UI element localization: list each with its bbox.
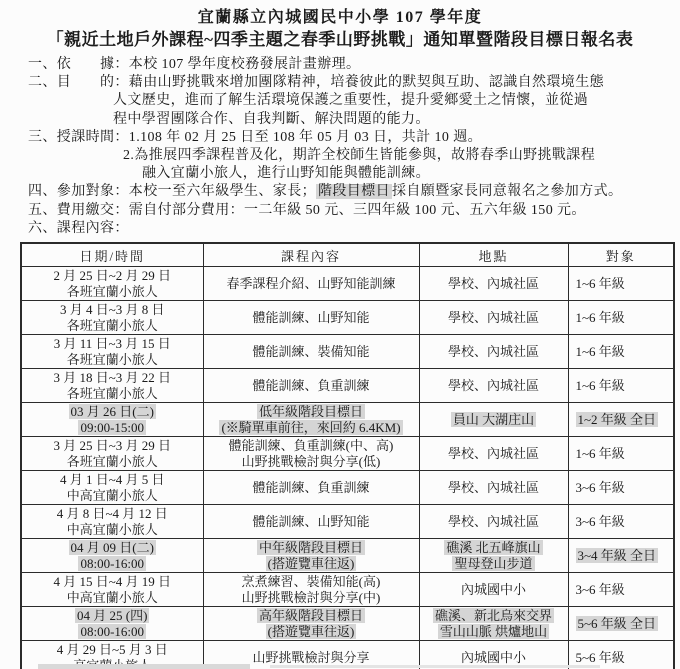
col-header-date: 日期/時間 bbox=[21, 243, 203, 267]
document-subtitle: 「親近土地戶外課程~四季主題之春季山野挑戰」通知單暨階段目標日報名表 bbox=[0, 29, 680, 50]
item-schedule-line2: 2.為推展四季課程普及化，期許全校師生皆能參與，故將春季山野挑戰課程 bbox=[28, 147, 672, 165]
date-cell: 4 月 8 日~4 月 12 日中高宜蘭小旅人 bbox=[21, 505, 203, 539]
table-row: 3 月 18 日~3 月 22 日各班宜蘭小旅人 體能訓練、負重訓練 學校、內城… bbox=[21, 369, 674, 403]
col-header-location: 地點 bbox=[419, 243, 568, 267]
table-row: 3 月 25 日~3 月 29 日各班宜蘭小旅人 體能訓練、負重訓練(中、高)山… bbox=[21, 437, 674, 471]
location-cell: 學校、內城社區 bbox=[419, 471, 568, 505]
date-cell: 04 月 09 日(二)08:00-16:00 bbox=[21, 539, 203, 573]
content-cell: 中年級階段目標日(搭遊覽車往返) bbox=[203, 539, 419, 573]
col-header-content: 課程內容 bbox=[203, 243, 419, 267]
location-cell: 員山 大湖庄山 bbox=[419, 403, 568, 437]
location-cell: 學校、內城社區 bbox=[419, 267, 568, 301]
item-fees: 五、費用繳交：需自付部分費用：一二年級 50 元、三四年級 100 元、五六年級… bbox=[28, 202, 672, 220]
content-cell: 高年級階段目標日(搭遊覽車往返) bbox=[203, 607, 419, 641]
item-schedule-line3: 融入宜蘭小旅人，進行山野知能與體能訓練。 bbox=[28, 165, 672, 183]
audience-cell: 3~6 年級 bbox=[568, 505, 674, 539]
item-schedule-line1: 三、授課時間：1.108 年 02 月 25 日至 108 年 05 月 03 … bbox=[28, 129, 672, 147]
col-header-audience: 對象 bbox=[568, 243, 674, 267]
location-cell: 學校、內城社區 bbox=[419, 505, 568, 539]
date-cell: 3 月 11 日~3 月 15 日各班宜蘭小旅人 bbox=[21, 335, 203, 369]
item-basis: 一、依 據：本校 107 學年度校務發展計畫辦理。 bbox=[28, 56, 672, 74]
audience-cell: 1~2 年級 全日 bbox=[568, 403, 674, 437]
item-purpose-line2: 人文歷史，進而了解生活環境保護之重要性，提升愛鄉愛土之情懷，並從過 bbox=[28, 92, 672, 110]
location-cell: 礁溪、新北烏來交界雪山山脈 烘爐地山 bbox=[419, 607, 568, 641]
content-cell: 體能訓練、負重訓練 bbox=[203, 369, 419, 403]
audience-cell: 1~6 年級 bbox=[568, 301, 674, 335]
audience-cell: 3~6 年級 bbox=[568, 471, 674, 505]
table-row: 4 月 8 日~4 月 12 日中高宜蘭小旅人 體能訓練、山野知能 學校、內城社… bbox=[21, 505, 674, 539]
date-cell: 03 月 26 日(二)09:00-15:00 bbox=[21, 403, 203, 437]
item-course-content-label: 六、課程內容： bbox=[28, 220, 672, 238]
table-row-highlighted-goal-day-low: 03 月 26 日(二)09:00-15:00 低年級階段目標日(※騎單車前往，… bbox=[21, 403, 674, 437]
audience-cell: 1~6 年級 bbox=[568, 267, 674, 301]
content-cell: 體能訓練、負重訓練(中、高)山野挑戰檢討與分享(低) bbox=[203, 437, 419, 471]
table-row: 3 月 11 日~3 月 15 日各班宜蘭小旅人 體能訓練、裝備知能 學校、內城… bbox=[21, 335, 674, 369]
audience-cell: 1~6 年級 bbox=[568, 369, 674, 403]
scanned-notice-document: 宜蘭縣立內城國民中小學 107 學年度 「親近土地戶外課程~四季主題之春季山野挑… bbox=[0, 0, 680, 669]
highlighted-phrase-goal-day: 階段目標日 bbox=[316, 184, 392, 199]
item-purpose-line3: 程中學習團隊合作、自我判斷、解決問題的能力。 bbox=[28, 111, 672, 129]
content-cell: 體能訓練、山野知能 bbox=[203, 505, 419, 539]
table-row-highlighted-goal-day-high: 04 月 25 (四)08:00-16:00 高年級階段目標日(搭遊覽車往返) … bbox=[21, 607, 674, 641]
location-cell: 內城國中小 bbox=[419, 573, 568, 607]
cutoff-row-text-remnant bbox=[270, 665, 600, 668]
table-row: 4 月 1 日~4 月 5 日中高宜蘭小旅人 體能訓練、負重訓練 學校、內城社區… bbox=[21, 471, 674, 505]
notice-body: 一、依 據：本校 107 學年度校務發展計畫辦理。 二、目 的：藉由山野挑戰來增… bbox=[28, 56, 672, 238]
location-cell: 學校、內城社區 bbox=[419, 369, 568, 403]
audience-cell: 5~6 年級 全日 bbox=[568, 607, 674, 641]
course-schedule-table: 日期/時間 課程內容 地點 對象 2 月 25 日~2 月 29 日各班宜蘭小旅… bbox=[20, 242, 675, 669]
table-row: 2 月 25 日~2 月 29 日各班宜蘭小旅人 春季課程介紹、山野知能訓練 學… bbox=[21, 267, 674, 301]
table-row-highlighted-goal-day-mid: 04 月 09 日(二)08:00-16:00 中年級階段目標日(搭遊覽車往返)… bbox=[21, 539, 674, 573]
document-title: 宜蘭縣立內城國民中小學 107 學年度 bbox=[0, 0, 680, 27]
content-cell: 烹煮練習、裝備知能(高)山野挑戰檢討與分享(中) bbox=[203, 573, 419, 607]
date-cell: 04 月 25 (四)08:00-16:00 bbox=[21, 607, 203, 641]
date-cell: 4 月 15 日~4 月 19 日中高宜蘭小旅人 bbox=[21, 573, 203, 607]
audience-cell: 3~6 年級 bbox=[568, 573, 674, 607]
content-cell: 體能訓練、裝備知能 bbox=[203, 335, 419, 369]
date-cell: 3 月 25 日~3 月 29 日各班宜蘭小旅人 bbox=[21, 437, 203, 471]
table-row: 4 月 15 日~4 月 19 日中高宜蘭小旅人 烹煮練習、裝備知能(高)山野挑… bbox=[21, 573, 674, 607]
item-participants: 四、參加對象：本校一至六年級學生、家長；階段目標日採自願暨家長同意報名之參加方式… bbox=[28, 183, 672, 201]
location-cell: 礁溪 北五峰旗山聖母登山步道 bbox=[419, 539, 568, 573]
table-row: 3 月 4 日~3 月 8 日各班宜蘭小旅人 體能訓練、山野知能 學校、內城社區… bbox=[21, 301, 674, 335]
content-cell: 體能訓練、負重訓練 bbox=[203, 471, 419, 505]
content-cell: 春季課程介紹、山野知能訓練 bbox=[203, 267, 419, 301]
location-cell: 學校、內城社區 bbox=[419, 301, 568, 335]
content-cell: 體能訓練、山野知能 bbox=[203, 301, 419, 335]
cutoff-row-highlight-remnant bbox=[38, 664, 250, 669]
content-cell: 低年級階段目標日(※騎單車前往，來回約 6.4KM) bbox=[203, 403, 419, 437]
item-purpose-line1: 二、目 的：藉由山野挑戰來增加團隊精神，培養彼此的默契與互助、認識自然環境生態 bbox=[28, 74, 672, 92]
location-cell: 學校、內城社區 bbox=[419, 335, 568, 369]
audience-cell: 1~6 年級 bbox=[568, 335, 674, 369]
date-cell: 3 月 4 日~3 月 8 日各班宜蘭小旅人 bbox=[21, 301, 203, 335]
date-cell: 3 月 18 日~3 月 22 日各班宜蘭小旅人 bbox=[21, 369, 203, 403]
audience-cell: 1~6 年級 bbox=[568, 437, 674, 471]
participants-text-pre: 四、參加對象：本校一至六年級學生、家長； bbox=[28, 184, 316, 199]
audience-cell: 3~4 年級 全日 bbox=[568, 539, 674, 573]
table-header-row: 日期/時間 課程內容 地點 對象 bbox=[21, 243, 674, 267]
date-cell: 4 月 1 日~4 月 5 日中高宜蘭小旅人 bbox=[21, 471, 203, 505]
date-cell: 2 月 25 日~2 月 29 日各班宜蘭小旅人 bbox=[21, 267, 203, 301]
location-cell: 學校、內城社區 bbox=[419, 437, 568, 471]
participants-text-post: 採自願暨家長同意報名之參加方式。 bbox=[392, 184, 622, 199]
